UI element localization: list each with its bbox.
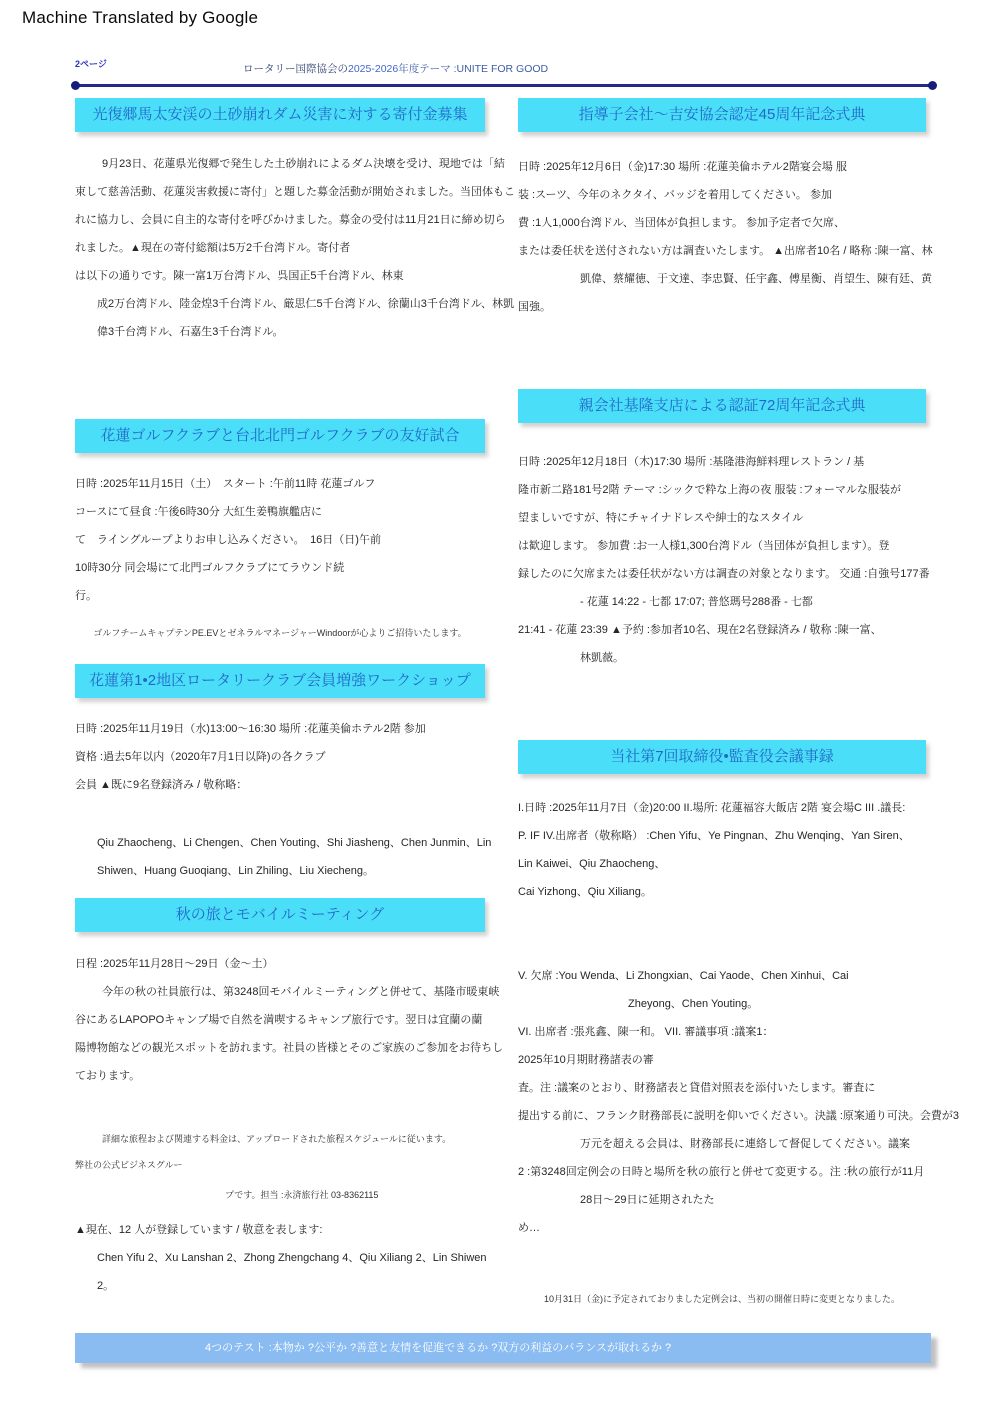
section-title: 親会社基隆支店による認証72周年記念式典 [579,389,866,423]
body-line: 2025年10月期財務諸表の審 [518,1046,926,1074]
section-autumn-trip: 秋の旅とモバイルミーティング 日程 :2025年11月28日〜29日（金〜土） … [75,898,485,1300]
theme-suffix: 年度テーマ :UNITE FOR GOOD [398,63,548,75]
header-divider-line [75,84,933,87]
body-line: 谷にあるLAPOPOキャンプ場で自然を満喫するキャンプ旅行です。翌日は宜蘭の蘭 [75,1006,485,1034]
section-title: 光復郷馬太安渓の土砂崩れダム災害に対する寄付金募集 [92,98,467,132]
divider-left-dot [71,81,80,90]
four-way-test-text: 4つのテスト :本物か ?公平か ?善意と友情を促進できるか ?双方の利益のバラ… [75,1333,671,1363]
body-line: 28日〜29日に延期されたた [518,1186,926,1214]
body-line: 日時 :2025年12月18日（木)17:30 場所 :基隆港海鮮料理レストラン… [518,448,926,476]
section-title: 当社第7回取締役•監査役会議事録 [610,740,834,774]
body-line: - 花蓮 14:22 - 七都 17:07; 普悠瑪号288番 - 七都 [518,588,926,616]
section-title-bar: 親会社基隆支店による認証72周年記念式典 [518,389,926,423]
body-line: 成2万台湾ドル、陸金煌3千台湾ドル、厳思仁5千台湾ドル、徐蘭山3千台湾ドル、林凱 [75,290,485,318]
body-line: 束して慈善活動、花蓮災害救援に寄付」と題した募金活動が開始されました。当団体もこ [75,178,485,206]
body-line: 2。 [75,1272,485,1300]
section-title-bar: 光復郷馬太安渓の土砂崩れダム災害に対する寄付金募集 [75,98,485,132]
body-line: Qiu Zhaocheng、Li Chengen、Chen Youting、Sh… [75,829,485,857]
body-line: コースにて昼食 :午後6時30分 大紅生姜鴨旗艦店に [75,498,485,526]
body-line-small: 詳細な旅程および関連する料金は、アップロードされた旅程スケジュールに従います。 [75,1126,485,1152]
section-title: 秋の旅とモバイルミーティング [176,898,385,932]
body-line: または委任状を送付されない方は調査いたします。 ▲出席者10名 / 略称 :陳一… [518,237,926,265]
body-line: 凱偉、蔡耀徳、于文達、李忠賢、任宇鑫、傅星衡、肖望生、陳有廷、黄 [518,265,926,293]
section-keelung-72nd-anniversary: 親会社基隆支店による認証72周年記念式典 日時 :2025年12月18日（木)1… [518,389,926,672]
meeting-reschedule-footnote: 10月31日（金)に予定されておりました定例会は、当初の開催日時に変更となりまし… [518,1292,926,1305]
body-line: 装 :スーツ、今年のネクタイ、バッジを着用してください。 参加 [518,181,926,209]
section-footnote: ゴルフチームキャプテンPE.EVとゼネラルマネージャーWindoorが心よりご招… [75,620,485,646]
body-line-small: 弊社の公式ビジネスグルー [75,1152,485,1178]
body-line: 資格 :過去5年以内（2020年7月1日以降)の各クラブ [75,743,485,771]
section-title: 花蓮ゴルフクラブと台北北門ゴルフクラブの友好試合 [100,419,459,453]
body-line: は以下の通りです。陳一富1万台湾ドル、呉国正5千台湾ドル、林東 [75,262,485,290]
section-title-bar: 花蓮第1•2地区ロータリークラブ会員増強ワークショップ [75,664,485,698]
body-line: 提出する前に、フランク財務部長に説明を仰いでください。決議 :原案通り可決。会費… [518,1102,926,1130]
body-line: 9月23日、花蓮県光復郷で発生した土砂崩れによるダム決壊を受け、現地では「結 [75,150,485,178]
body-line: 偉3千台湾ドル、石嘉生3千台湾ドル。 [75,318,485,346]
body-line: れに協力し、会員に自主的な寄付を呼びかけました。募金の受付は11月21日に締め切… [75,206,485,234]
body-line: 日時 :2025年11月15日（土） スタート :午前11時 花蓮ゴルフ [75,470,485,498]
body-line: Cai Yizhong、Qiu Xiliang。 [518,878,926,906]
section-title-bar: 指導子会社〜吉安協会認定45周年記念式典 [518,98,926,132]
body-line: 陽博物館などの観光スポットを訪れます。社員の皆様とそのご家族のご参加をお待ちし [75,1034,485,1062]
body-line: ております。 [75,1062,485,1090]
body-line: 10時30分 同会場にて北門ゴルフクラブにてラウンド続 [75,554,485,582]
section-title: 花蓮第1•2地区ロータリークラブ会員増強ワークショップ [89,664,471,698]
section-title: 指導子会社〜吉安協会認定45周年記念式典 [579,98,866,132]
body-line: 日時 :2025年11月19日（水)13:00〜16:30 場所 :花蓮美倫ホテ… [75,715,485,743]
body-line: 行。 [75,582,485,610]
section-golf-friendly-match: 花蓮ゴルフクラブと台北北門ゴルフクラブの友好試合 日時 :2025年11月15日… [75,419,485,646]
body-line: Zheyong、Chen Youting。 [518,990,926,1018]
body-line: ▲現在、12 人が登録しています / 敬意を表します: [75,1216,485,1244]
section-donation-drive: 光復郷馬太安渓の土砂崩れダム災害に対する寄付金募集 9月23日、花蓮県光復郷で発… [75,98,485,346]
body-line: Chen Yifu 2、Xu Lanshan 2、Zhong Zhengchan… [75,1244,485,1272]
theme-prefix: ロータリー国際協会の [243,63,348,75]
body-line: は歓迎します。 参加費 :お一人様1,300台湾ドル（当団体が負担します）。登 [518,532,926,560]
section-membership-workshop: 花蓮第1•2地区ロータリークラブ会員増強ワークショップ 日時 :2025年11月… [75,664,485,885]
machine-translated-banner: Machine Translated by Google [22,8,258,28]
section-board-meeting-minutes: 当社第7回取締役•監査役会議事録 I.日時 :2025年11月7日（金)20:0… [518,740,926,1242]
body-line: て ライングループよりお申し込みください。 16日（日)午前 [75,526,485,554]
body-line: 林凱薇。 [518,644,926,672]
section-title-bar: 花蓮ゴルフクラブと台北北門ゴルフクラブの友好試合 [75,419,485,453]
section-title-bar: 秋の旅とモバイルミーティング [75,898,485,932]
body-line: V. 欠席 :You Wenda、Li Zhongxian、Cai Yaode、… [518,962,926,990]
body-line: 隆市新二路181号2階 テーマ :シックで粋な上海の夜 服装 :フォーマルな服装… [518,476,926,504]
section-jian-45th-anniversary: 指導子会社〜吉安協会認定45周年記念式典 日時 :2025年12月6日（金)17… [518,98,926,321]
body-line: 2 :第3248回定例会の日時と場所を秋の旅行と併せて変更する。注 :秋の旅行が… [518,1158,926,1186]
section-title-bar: 当社第7回取締役•監査役会議事録 [518,740,926,774]
body-line: P. IF IV.出席者（敬称略） :Chen Yifu、Ye Pingnan、… [518,822,926,850]
body-line: め… [518,1214,926,1242]
body-line: 望ましいですが、特にチャイナドレスや紳士的なスタイル [518,504,926,532]
body-line: れました。▲現在の寄付総額は5万2千台湾ドル。寄付者 [75,234,485,262]
body-line: 万元を超える会員は、財務部長に連絡して督促してください。議案 [518,1130,926,1158]
body-line: 会員 ▲既に9名登録済み / 敬称略： [75,771,485,799]
body-line: Lin Kaiwei、Qiu Zhaocheng、 [518,850,926,878]
body-line: I.日時 :2025年11月7日（金)20:00 II.場所: 花蓮福容大飯店 … [518,794,926,822]
theme-years: 2025-2026 [348,63,398,75]
body-line: 日時 :2025年12月6日（金)17:30 場所 :花蓮美倫ホテル2階宴会場 … [518,153,926,181]
divider-right-dot [928,81,937,90]
body-line: 今年の秋の社員旅行は、第3248回モバイルミーティングと併せて、基隆市暖東峡 [75,978,485,1006]
body-line: 査。注 :議案のとおり、財務諸表と貸借対照表を添付いたします。審査に [518,1074,926,1102]
page-number-label: 2ページ [75,57,107,70]
body-line-small: プです。担当 :永済旅行社 03-8362115 [75,1182,485,1208]
body-line: 国強。 [518,293,926,321]
body-line: VI. 出席者 :張兆鑫、陳一和。 VII. 審議事項 :議案1： [518,1018,926,1046]
body-line: 費 :1人1,000台湾ドル、当団体が負担します。 参加予定者で欠席、 [518,209,926,237]
body-line: 21:41 - 花蓮 23:39 ▲予約 :参加者10名、現在2名登録済み / … [518,616,926,644]
four-way-test-footer: 4つのテスト :本物か ?公平か ?善意と友情を促進できるか ?双方の利益のバラ… [75,1333,931,1363]
body-line: Shiwen、Huang Guoqiang、Lin Zhiling、Liu Xi… [75,857,485,885]
rotary-theme-line: ロータリー国際協会の2025-2026年度テーマ :UNITE FOR GOOD [243,61,548,76]
body-line: 日程 :2025年11月28日〜29日（金〜土） [75,950,485,978]
newsletter-page: Machine Translated by Google 2ページ ロータリー国… [0,0,1000,1413]
body-line: 録したのに欠席または委任状がない方は調査の対象となります。 交通 :自強号177… [518,560,926,588]
